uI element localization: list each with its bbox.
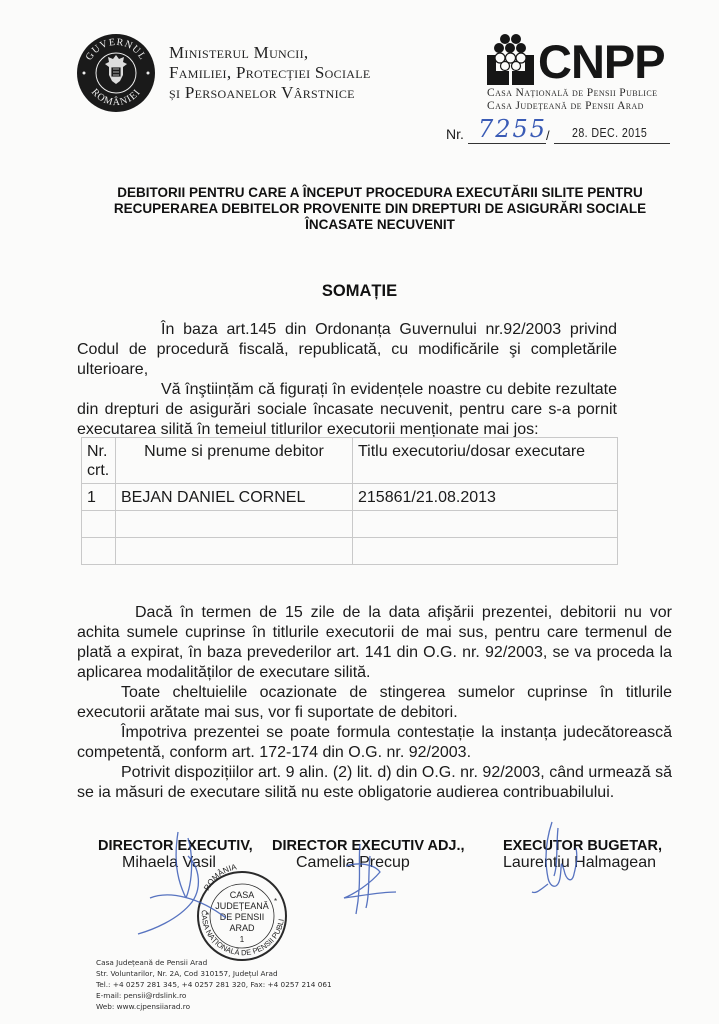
header-title: Titlu executoriu/dosar executare (353, 438, 618, 484)
footer-line-institution: Casa Județeană de Pensii Arad (96, 957, 332, 968)
signature-name: Laurentiu Halmagean (503, 854, 662, 872)
svg-text:ARAD: ARAD (229, 923, 255, 933)
svg-text:1: 1 (240, 935, 245, 944)
footer-line-email: E-mail: pensii@rdslink.ro (96, 990, 332, 1001)
signature-block-executor: EXECUTOR BUGETAR, Laurentiu Halmagean (503, 838, 662, 872)
cnpp-sub-line: Casa Națională de Pensii Publice (487, 87, 657, 100)
registration-number-line (468, 143, 546, 144)
cnpp-tree-logo-icon (485, 33, 543, 85)
signature-title: EXECUTOR BUGETAR, (503, 838, 662, 854)
header-name: Nume si prenume debitor (116, 438, 353, 484)
table-header-row: Nr. crt. Nume si prenume debitor Titlu e… (82, 438, 618, 484)
body-text: Dacă în termen de 15 zile de la data afi… (77, 603, 672, 803)
ministry-name: Ministerul Muncii, Familiei, Protecției … (169, 43, 370, 103)
intro-text: În baza art.145 din Ordonanța Guvernului… (77, 320, 617, 440)
intro-paragraph: În baza art.145 din Ordonanța Guvernului… (77, 320, 617, 380)
table-row (82, 538, 618, 565)
body-paragraph: Dacă în termen de 15 zile de la data afi… (77, 603, 672, 683)
svg-text:*: * (274, 897, 277, 906)
document-heading: SOMAȚIE (0, 282, 719, 301)
cell-name: BEJAN DANIEL CORNEL (116, 484, 353, 511)
table-row: 1 BEJAN DANIEL CORNEL 215861/21.08.2013 (82, 484, 618, 511)
cell-nr (82, 538, 116, 565)
footer-line-web: Web: www.cjpensiiarad.ro (96, 1001, 332, 1012)
registration-label: Nr. (446, 126, 464, 142)
ministry-line: și Persoanelor Vârstnice (169, 83, 370, 103)
document-title: DEBITORII PENTRU CARE A ÎNCEPUT PROCEDUR… (80, 185, 680, 233)
table-row (82, 511, 618, 538)
cell-name (116, 511, 353, 538)
body-paragraph: Împotriva prezentei se poate formula con… (77, 723, 672, 763)
cnpp-subtitle: Casa Națională de Pensii Publice Casa Ju… (487, 87, 657, 113)
cell-title (353, 511, 618, 538)
signature-title: DIRECTOR EXECUTIV, (98, 838, 253, 854)
svg-text:CASA: CASA (230, 890, 255, 900)
intro-paragraph: Vă înştiințăm că figurați în evidențele … (77, 380, 617, 440)
registration-date-line (554, 143, 670, 144)
registration-date: 28. DEC. 2015 (572, 125, 647, 140)
cnpp-name: CNPP (538, 36, 665, 88)
svg-text:DE PENSII: DE PENSII (220, 912, 265, 922)
registration-number: 7255 (478, 115, 547, 143)
official-stamp: ROMÂNIA CASA NAȚIONALĂ DE PENSII PUBLICE… (164, 858, 314, 966)
body-paragraph: Potrivit dispozițiilor art. 9 alin. (2) … (77, 763, 672, 803)
signature-name: Camelia Precup (296, 854, 465, 872)
signature-title: DIRECTOR EXECUTIV ADJ., (272, 838, 465, 854)
svg-text:ROMÂNIA: ROMÂNIA (202, 862, 238, 892)
footer-contact: Casa Județeană de Pensii Arad Str. Volun… (96, 957, 332, 1012)
body-paragraph: Toate cheltuielile ocazionate de stinger… (77, 683, 672, 723)
svg-text:*: * (206, 911, 209, 920)
cell-name (116, 538, 353, 565)
cnpp-sub-line: Casa Județeană de Pensii Arad (487, 100, 657, 113)
cell-title: 215861/21.08.2013 (353, 484, 618, 511)
guvernul-romaniei-seal-icon: GUVERNUL ROMÂNIEI (76, 33, 156, 113)
ministry-line: Ministerul Muncii, (169, 43, 370, 63)
svg-text:JUDEȚEANĂ: JUDEȚEANĂ (215, 901, 269, 911)
debtors-table: Nr. crt. Nume si prenume debitor Titlu e… (81, 437, 618, 565)
header-nr: Nr. crt. (82, 438, 116, 484)
cell-nr (82, 511, 116, 538)
cell-nr: 1 (82, 484, 116, 511)
footer-line-phone: Tel.: +4 0257 281 345, +4 0257 281 320, … (96, 979, 332, 990)
ministry-line: Familiei, Protecției Sociale (169, 63, 370, 83)
footer-line-address: Str. Voluntarilor, Nr. 2A, Cod 310157, J… (96, 968, 332, 979)
registration-separator: / (546, 128, 550, 143)
cell-title (353, 538, 618, 565)
